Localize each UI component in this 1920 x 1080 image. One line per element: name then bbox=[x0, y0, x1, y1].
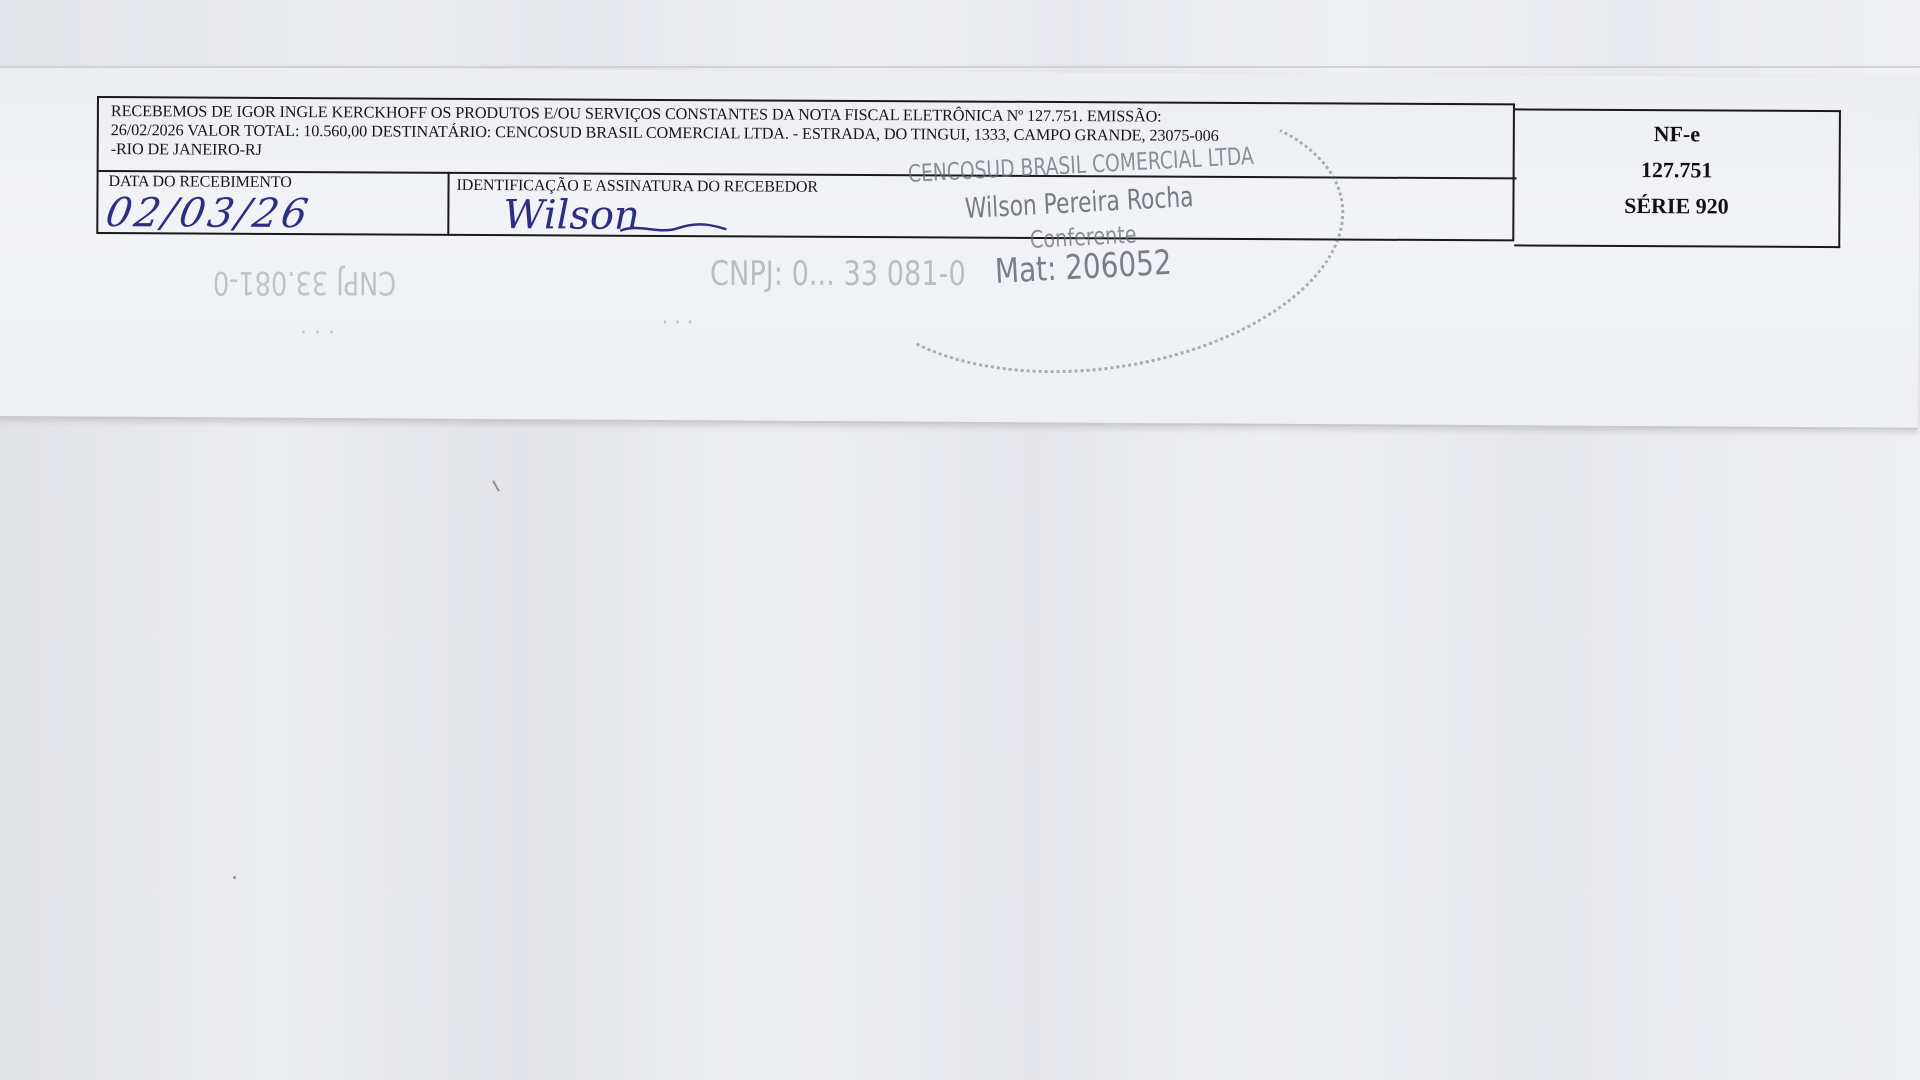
faded-stamp-address-mid: · · · bbox=[662, 308, 693, 333]
nfe-title: NF-e bbox=[1515, 120, 1839, 148]
ink-speck bbox=[233, 876, 236, 879]
signature-flourish bbox=[618, 219, 728, 238]
strip-torn-edge bbox=[0, 66, 1920, 68]
nfe-serie: SÉRIE 920 bbox=[1514, 192, 1838, 220]
faded-stamp-address-left: · · · bbox=[300, 318, 335, 343]
nfe-number: 127.751 bbox=[1515, 156, 1839, 184]
receipt-date-label: DATA DO RECEBIMENTO bbox=[109, 173, 292, 192]
column-divider bbox=[447, 172, 449, 236]
receipt-date-handwritten: 02/03/26 bbox=[102, 190, 314, 237]
nfe-info-box: NF-e 127.751 SÉRIE 920 bbox=[1514, 108, 1841, 248]
faded-stamp-cnpj-left: CNPJ 33.081-0 bbox=[213, 264, 396, 302]
paper-lower-fold bbox=[0, 412, 1920, 1080]
